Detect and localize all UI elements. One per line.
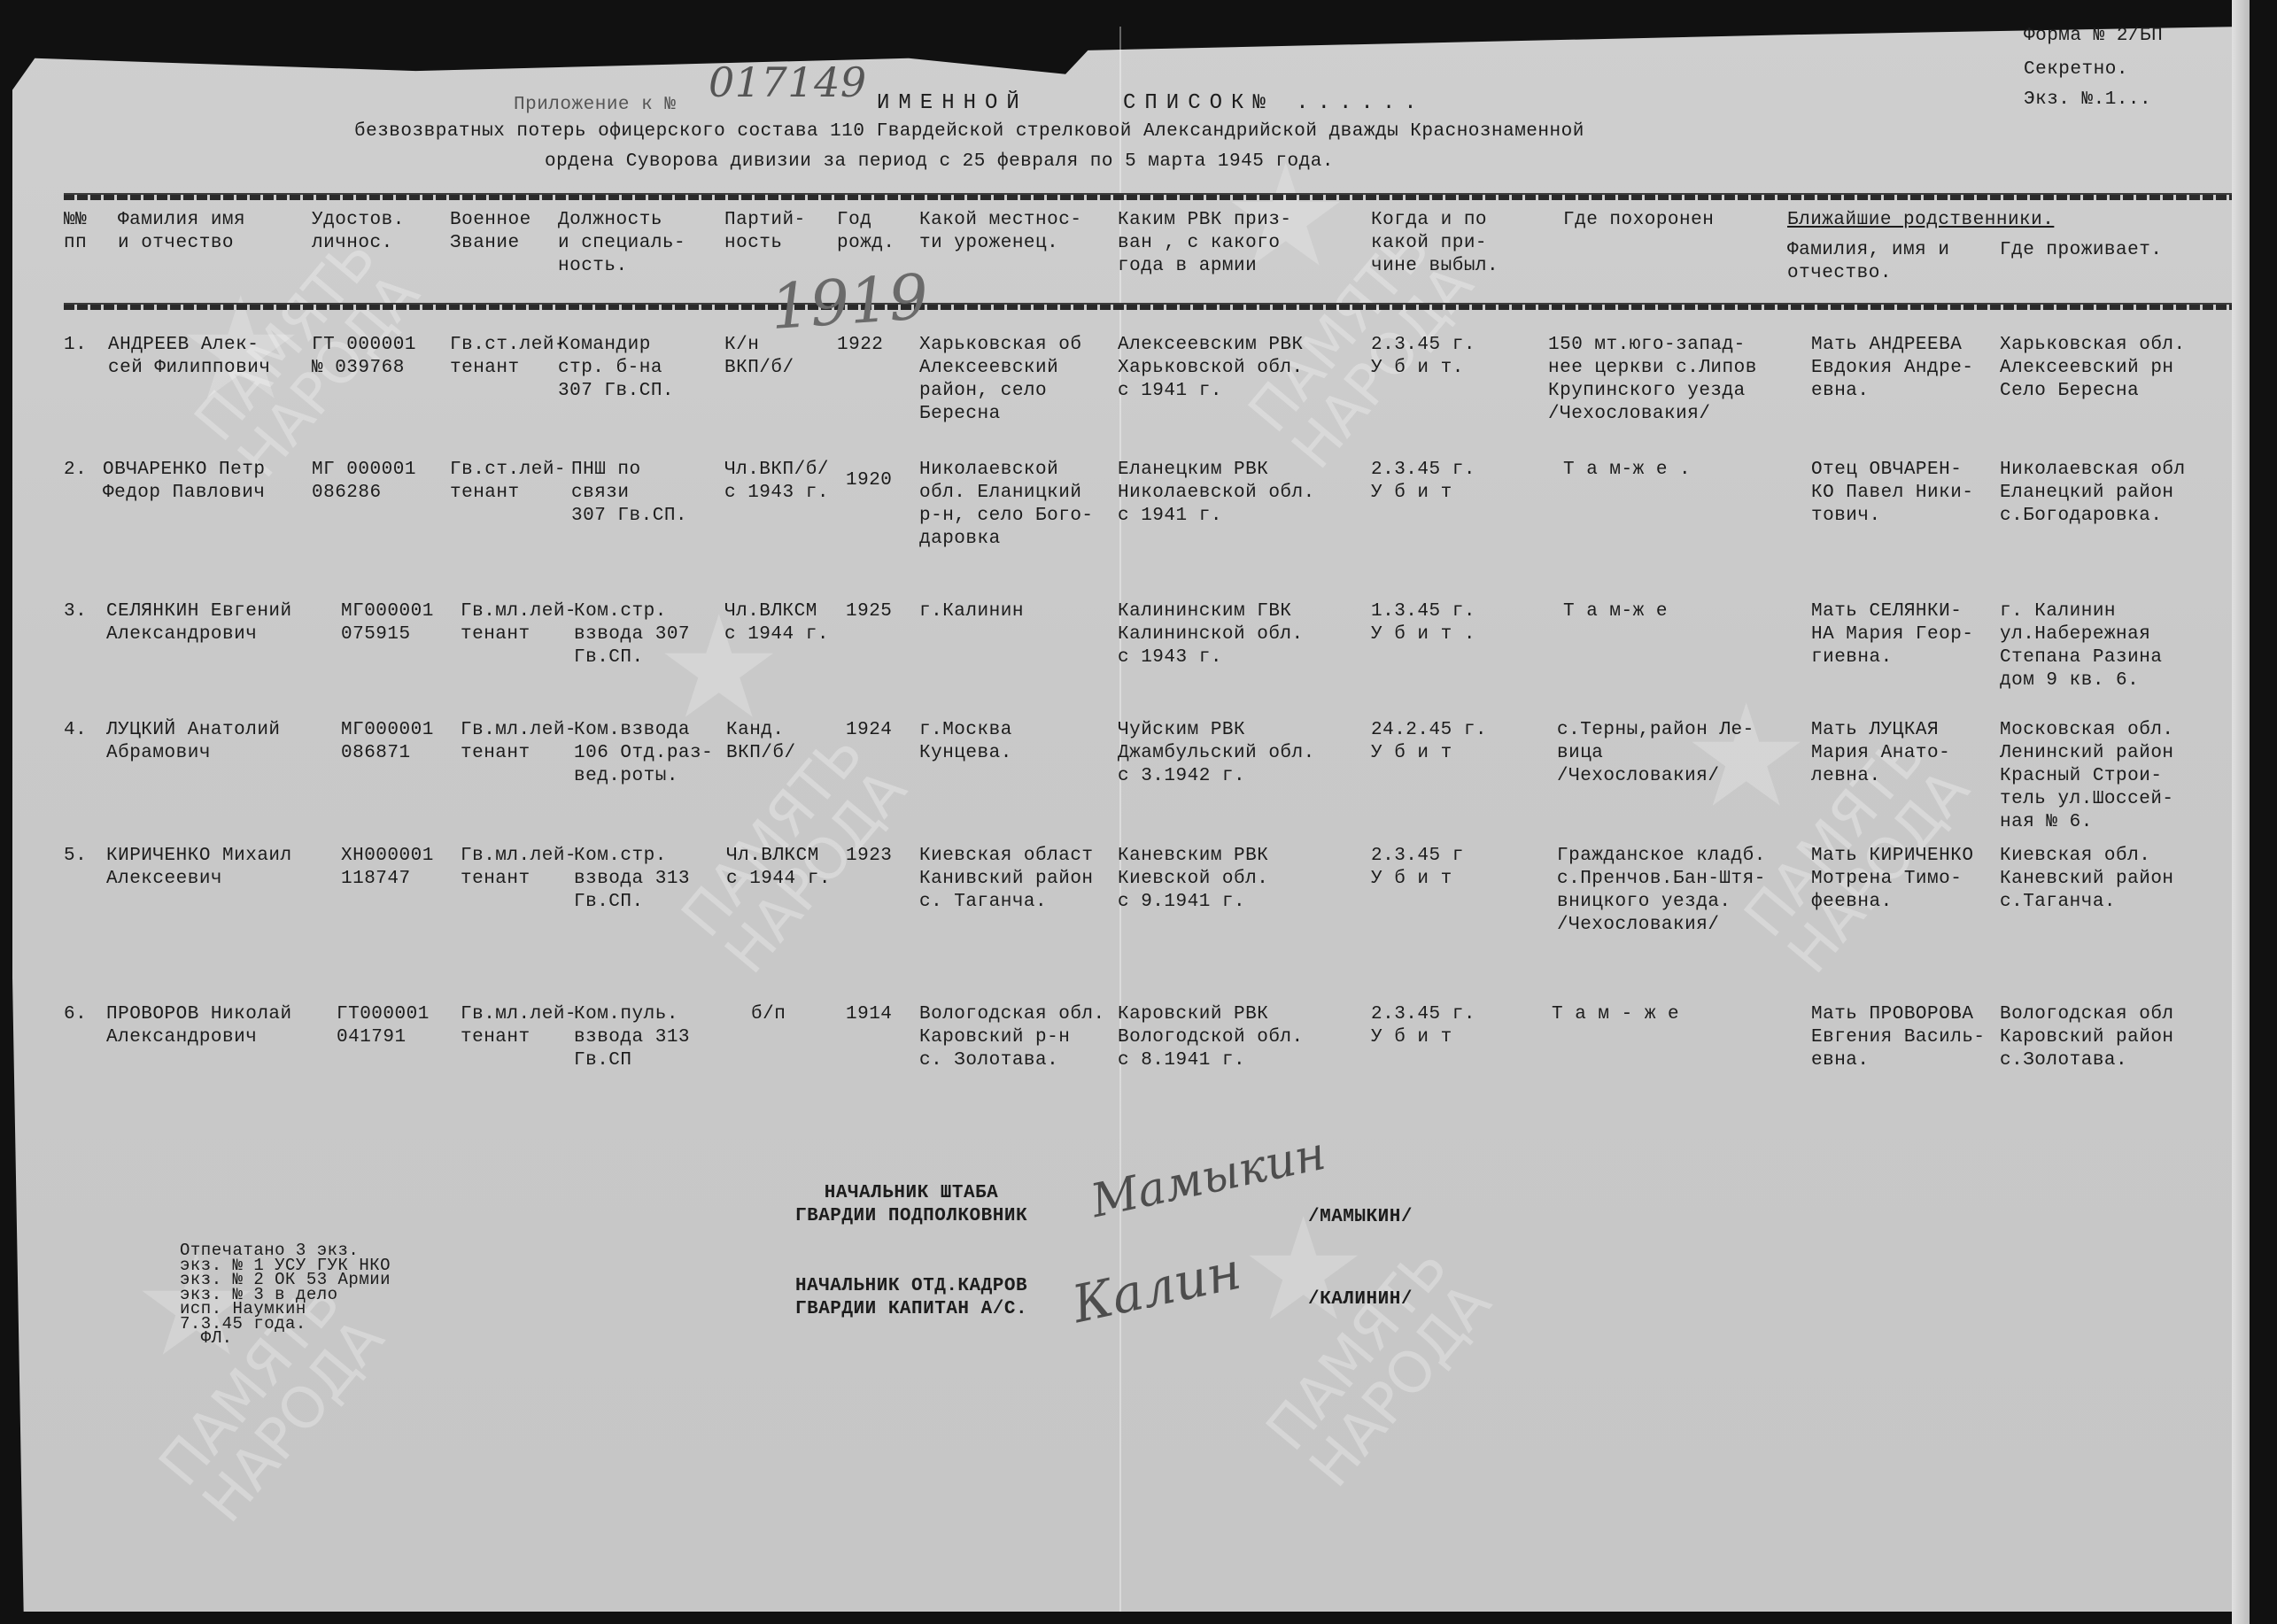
row-conscription: Чуйским РВК Джамбульский обл. с 3.1942 г… bbox=[1118, 719, 1315, 788]
row-name: ОВЧАРЕНКО Петр Федор Павлович bbox=[103, 459, 265, 505]
row-residence: Вологодская обл Каровский район с.Золота… bbox=[2000, 1003, 2174, 1072]
row-residence: Харьковская обл. Алексеевский рн Село Бе… bbox=[2000, 334, 2186, 403]
row-rank: Гв.мл.лей- тенант bbox=[461, 719, 577, 765]
row-departure: 2.3.45 г. У б и т bbox=[1371, 459, 1475, 505]
row-burial: Т а м-ж е bbox=[1563, 600, 1668, 623]
row-residence: Московская обл. Ленинский район Красный … bbox=[2000, 719, 2174, 834]
table-top-rule bbox=[64, 193, 2242, 200]
row-birth-year: 1924 bbox=[846, 719, 892, 742]
row-departure: 1.3.45 г. У б и т . bbox=[1371, 600, 1475, 646]
table-header-rule bbox=[64, 303, 2242, 310]
chief-of-staff-name: /МАМЫКИН/ bbox=[1308, 1206, 1413, 1229]
row-relative: Отец ОВЧАРЕН- КО Павел Ники- тович. bbox=[1811, 459, 1973, 528]
row-birthplace: Харьковская об Алексеевский район, село … bbox=[919, 334, 1081, 426]
row-number: 3. bbox=[64, 600, 87, 623]
row-burial: Т а м - ж е bbox=[1552, 1003, 1679, 1026]
row-birthplace: Николаевской обл. Еланицкий р-н, село Бо… bbox=[919, 459, 1094, 551]
row-birthplace: г.Калинин bbox=[919, 600, 1024, 623]
row-party: б/п bbox=[751, 1003, 786, 1026]
row-name: ЛУЦКИЙ Анатолий Абрамович bbox=[106, 719, 281, 765]
row-departure: 2.3.45 г. У б и т. bbox=[1371, 334, 1475, 380]
col-header-number: №№ пп bbox=[64, 209, 87, 255]
row-relative: Мать ПРОВОРОВА Евгения Василь- евна. bbox=[1811, 1003, 1986, 1072]
classification-label: Секретно. bbox=[2024, 58, 2128, 81]
row-number: 5. bbox=[64, 845, 87, 868]
col-header-birthplace: Какой местнос- ти уроженец. bbox=[919, 209, 1081, 255]
row-relative: Мать КИРИЧЕНКО Мотрена Тимо- феевна. bbox=[1811, 845, 1973, 914]
row-birthplace: Вологодская обл. Каровский р-н с. Золота… bbox=[919, 1003, 1105, 1072]
row-name: КИРИЧЕНКО Михаил Алексеевич bbox=[106, 845, 292, 891]
row-number: 1. bbox=[64, 334, 87, 357]
col-header-id: Удостов. личнос. bbox=[312, 209, 405, 255]
pencil-annotation: 1919 bbox=[768, 260, 930, 344]
personnel-head-title: НАЧАЛЬНИК ОТД.КАДРОВ ГВАРДИИ КАПИТАН А/С… bbox=[795, 1275, 1027, 1321]
row-departure: 2.3.45 г. У б и т bbox=[1371, 1003, 1475, 1049]
col-header-name: Фамилия имя и отчество bbox=[118, 209, 245, 255]
col-header-conscription: Каким РВК приз- ван , с какого года в ар… bbox=[1118, 209, 1292, 278]
row-rank: Гв.мл.лей- тенант bbox=[461, 845, 577, 891]
row-burial: Гражданское кладб. с.Пренчов.Бан-Штя- вн… bbox=[1557, 845, 1766, 937]
row-position: Командир стр. б-на 307 Гв.СП. bbox=[558, 334, 674, 403]
row-party: Чл.ВЛКСМ с 1944 г. bbox=[726, 845, 831, 891]
row-number: 6. bbox=[64, 1003, 87, 1026]
row-number: 2. bbox=[64, 459, 87, 482]
copy-number: Экз. №.1... bbox=[2024, 89, 2151, 112]
chief-of-staff-title: НАЧАЛЬНИК ШТАБА ГВАРДИИ ПОДПОЛКОВНИК bbox=[795, 1182, 1027, 1228]
col-header-rank: Военное Звание bbox=[450, 209, 531, 255]
row-conscription: Каровский РВК Вологодской обл. с 8.1941 … bbox=[1118, 1003, 1304, 1072]
row-position: Ком.пуль. взвода 313 Гв.СП bbox=[574, 1003, 690, 1072]
row-residence: Николаевская обл Еланецкий район с.Богод… bbox=[2000, 459, 2186, 528]
row-residence: г. Калинин ул.Набережная Степана Разина … bbox=[2000, 600, 2162, 692]
row-id-doc: ХН000001 118747 bbox=[341, 845, 434, 891]
col-header-residence: Где проживает. bbox=[2000, 239, 2162, 262]
row-relative: Мать АНДРЕЕВА Евдокия Андре- евна. bbox=[1811, 334, 1973, 403]
col-header-position: Должность и специаль- ность. bbox=[558, 209, 685, 278]
row-party: Чл.ВКП/б/ с 1943 г. bbox=[724, 459, 829, 505]
col-header-birth-year: Год рожд. bbox=[837, 209, 895, 255]
subtitle-line-2: ордена Суворова дивизии за период с 25 ф… bbox=[545, 151, 1334, 174]
row-id-doc: МГ000001 086871 bbox=[341, 719, 434, 765]
distribution-note: Отпечатано 3 экз. экз. № 1 УСУ ГУК НКО э… bbox=[180, 1243, 391, 1346]
row-number: 4. bbox=[64, 719, 87, 742]
row-rank: Гв.мл.лей- тенант bbox=[461, 600, 577, 646]
row-id-doc: ГТ 000001 № 039768 bbox=[312, 334, 416, 380]
row-id-doc: МГ 000001 086286 bbox=[312, 459, 416, 505]
row-relative: Мать СЕЛЯНКИ- НА Мария Геор- гиевна. bbox=[1811, 600, 1973, 669]
subtitle-line-1: безвозвратных потерь офицерского состава… bbox=[354, 120, 1584, 143]
row-birth-year: 1923 bbox=[846, 845, 892, 868]
row-conscription: Калининским ГВК Калининской обл. с 1943 … bbox=[1118, 600, 1304, 669]
row-departure: 24.2.45 г. У б и т bbox=[1371, 719, 1487, 765]
col-header-relatives: Ближайшие родственники. bbox=[1787, 209, 2054, 232]
row-name: СЕЛЯНКИН Евгений Александрович bbox=[106, 600, 292, 646]
row-rank: Гв.ст.лей- тенант bbox=[450, 459, 566, 505]
row-position: ПНШ по связи 307 Гв.СП. bbox=[571, 459, 687, 528]
row-party: Канд. ВКП/б/ bbox=[726, 719, 796, 765]
row-burial: 150 мт.юго-запад- нее церкви с.Липов Кру… bbox=[1548, 334, 1757, 426]
row-birth-year: 1914 bbox=[846, 1003, 892, 1026]
appendix-label: Приложение к № bbox=[514, 94, 676, 117]
row-birth-year: 1920 bbox=[846, 469, 892, 492]
row-burial: Т а м-ж е . bbox=[1563, 459, 1691, 482]
paper-edge bbox=[2232, 0, 2250, 1624]
row-birth-year: 1925 bbox=[846, 600, 892, 623]
row-party: Чл.ВЛКСМ с 1944 г. bbox=[724, 600, 829, 646]
row-conscription: Каневским РВК Киевской обл. с 9.1941 г. bbox=[1118, 845, 1268, 914]
row-name: АНДРЕЕВ Алек- сей Филиппович bbox=[108, 334, 270, 380]
row-residence: Киевская обл. Каневский район с.Таганча. bbox=[2000, 845, 2174, 914]
title-word-1: ИМЕННОЙ bbox=[877, 92, 1028, 115]
col-header-burial: Где похоронен bbox=[1563, 209, 1714, 232]
form-number: Форма № 2/БП bbox=[2024, 25, 2163, 48]
personnel-head-name: /КАЛИНИН/ bbox=[1308, 1288, 1413, 1311]
row-rank: Гв.мл.лей- тенант bbox=[461, 1003, 577, 1049]
row-birthplace: Киевская област Канивский район с. Таган… bbox=[919, 845, 1094, 914]
col-header-departure: Когда и по какой при- чине выбыл. bbox=[1371, 209, 1499, 278]
row-burial: с.Терны,район Ле- вица /Чехословакия/ bbox=[1557, 719, 1754, 788]
row-id-doc: МГ000001 075915 bbox=[341, 600, 434, 646]
row-position: Ком.стр. взвода 313 Гв.СП. bbox=[574, 845, 690, 914]
appendix-number: 017149 bbox=[709, 71, 867, 94]
row-conscription: Алексеевским РВК Харьковской обл. с 1941… bbox=[1118, 334, 1304, 403]
row-relative: Мать ЛУЦКАЯ Мария Анато- левна. bbox=[1811, 719, 1950, 788]
row-birthplace: г.Москва Кунцева. bbox=[919, 719, 1012, 765]
row-conscription: Еланецким РВК Николаевской обл. с 1941 г… bbox=[1118, 459, 1315, 528]
col-header-relative-name: Фамилия, имя и отчество. bbox=[1787, 239, 1949, 285]
row-position: Ком.взвода 106 Отд.раз- вед.роты. bbox=[574, 719, 713, 788]
row-rank: Гв.ст.лей- тенант bbox=[450, 334, 566, 380]
row-name: ПРОВОРОВ Николай Александрович bbox=[106, 1003, 292, 1049]
row-departure: 2.3.45 г У б и т bbox=[1371, 845, 1464, 891]
row-position: Ком.стр. взвода 307 Гв.СП. bbox=[574, 600, 690, 669]
row-id-doc: ГТ000001 041791 bbox=[337, 1003, 430, 1049]
title-word-2: СПИСОК№ ...... bbox=[1123, 92, 1426, 115]
col-header-party: Партий- ность bbox=[724, 209, 806, 255]
